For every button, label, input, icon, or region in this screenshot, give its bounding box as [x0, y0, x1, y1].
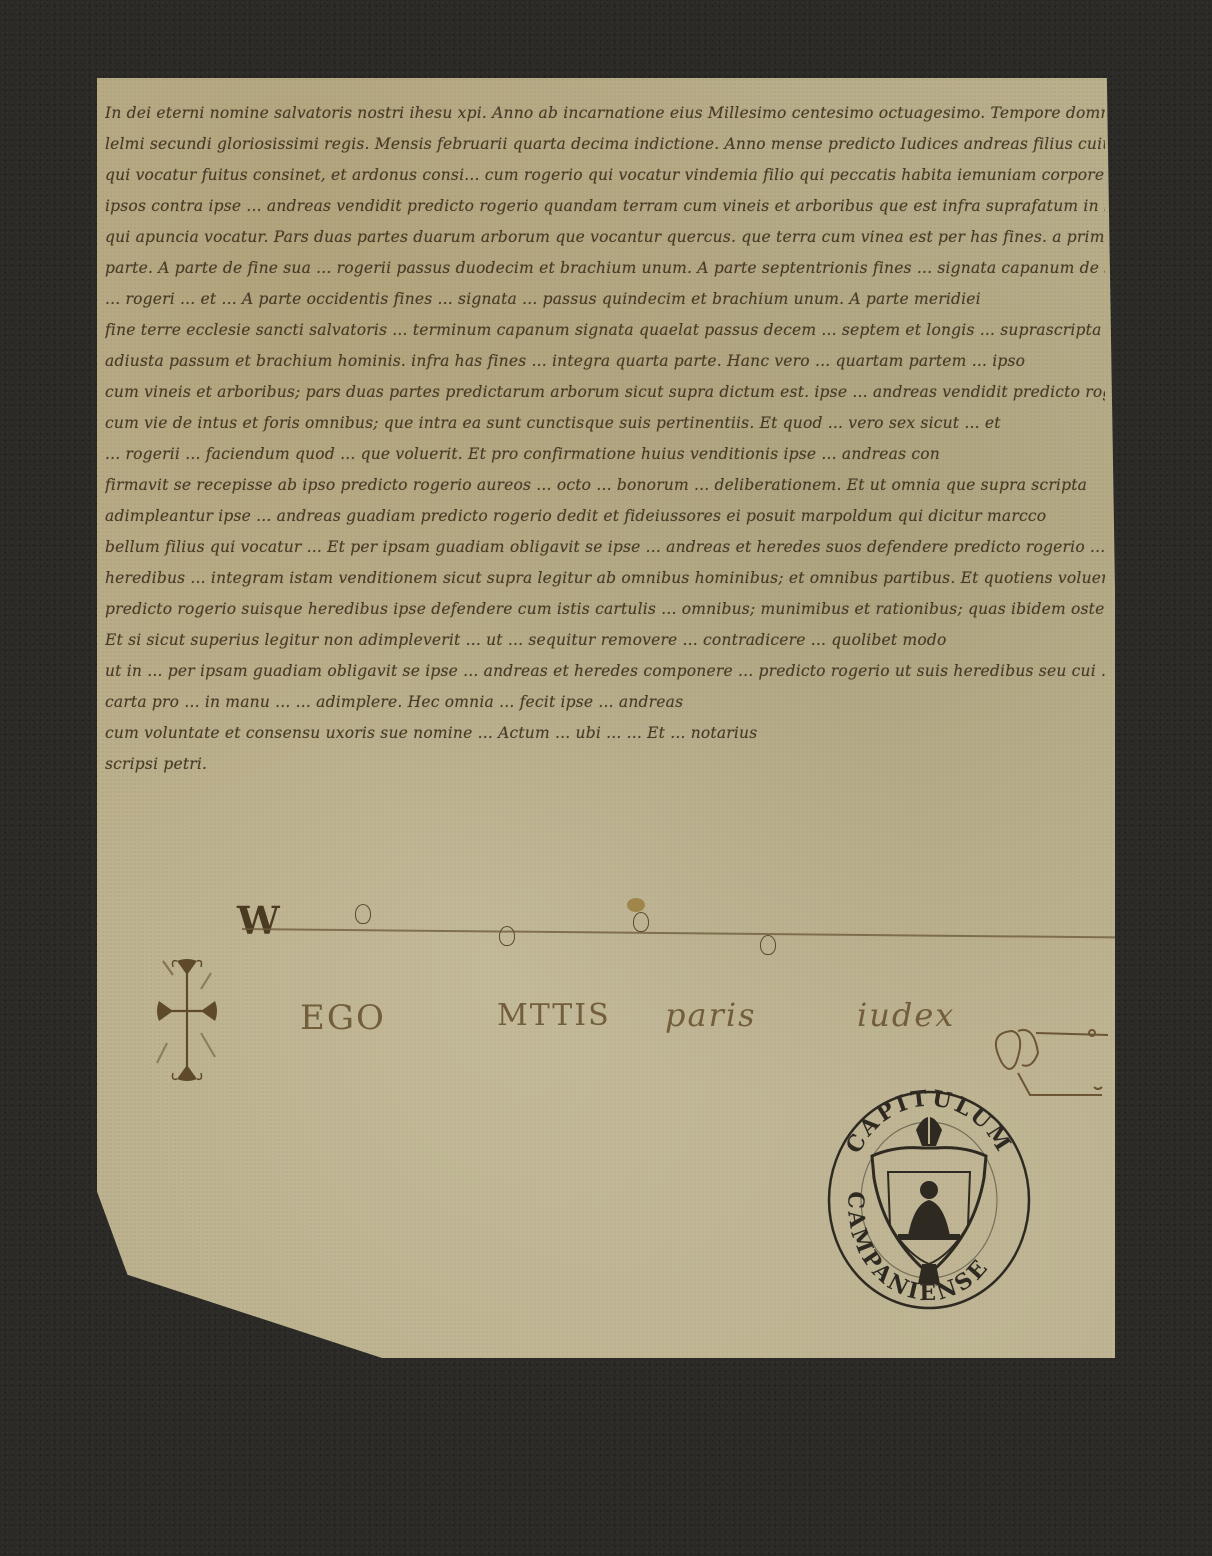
text-line: adimpleantur ipse ... andreas guadiam pr… [105, 501, 1105, 532]
text-line: firmavit se recepisse ab ipso predicto r… [105, 470, 1105, 501]
text-line: heredibus ... integram istam venditionem… [105, 563, 1105, 594]
charter-text: In dei eterni nomine salvatoris nostri i… [105, 98, 1105, 780]
notary-monogram: W [237, 898, 280, 943]
signature-loop-mark [355, 904, 371, 924]
archive-stamp-seal: CAPITULUM CAMPANIENSE [824, 1086, 1034, 1314]
signature-loop-mark [760, 935, 776, 955]
subscription-name: MTTIS [497, 998, 611, 1033]
text-line: carta pro ... in manu ... ... adimplere.… [105, 687, 1105, 718]
ink-stain [627, 898, 645, 912]
text-line: scripsi petri. [105, 749, 235, 780]
text-line: parte. A parte de fine sua ... rogerii p… [105, 253, 1105, 284]
text-line: Et si sicut superius legitur non adimple… [105, 625, 1105, 656]
text-line: qui vocatur fuitus consinet, et ardonus … [105, 160, 1105, 191]
signature-loop-mark [499, 926, 515, 946]
text-line: lelmi secundi gloriosissimi regis. Mensi… [105, 129, 1105, 160]
parchment-sheet: In dei eterni nomine salvatoris nostri i… [97, 78, 1115, 1358]
text-line: ipsos contra ipse ... andreas vendidit p… [105, 191, 1105, 222]
cross-signum-icon [155, 953, 219, 1083]
text-line: qui apuncia vocatur. Pars duas partes du… [105, 222, 1105, 253]
text-line: cum vineis et arboribus; pars duas parte… [105, 377, 1105, 408]
text-line: ... rogeri ... et ... A parte occidentis… [105, 284, 1105, 315]
text-line: fine terre ecclesie sancti salvatoris ..… [105, 315, 1105, 346]
text-line: cum voluntate et consensu uxoris sue nom… [105, 718, 1105, 749]
ruled-line [242, 928, 1122, 938]
subscription-ego: EGO [300, 998, 386, 1038]
subscription-paris: paris [665, 996, 757, 1034]
text-line: predicto rogerio suisque heredibus ipse … [105, 594, 1105, 625]
subscription-iudex: iudex [857, 996, 955, 1034]
signature-loop-mark [633, 912, 649, 932]
text-line: In dei eterni nomine salvatoris nostri i… [105, 98, 1105, 129]
text-line: ... rogerii ... faciendum quod ... que v… [105, 439, 1105, 470]
text-line: bellum filius qui vocatur ... Et per ips… [105, 532, 1105, 563]
text-line: ut in ... per ipsam guadiam obligavit se… [105, 656, 1105, 687]
text-line: adiusta passum et brachium hominis. infr… [105, 346, 1105, 377]
text-line: cum vie de intus et foris omnibus; que i… [105, 408, 1105, 439]
